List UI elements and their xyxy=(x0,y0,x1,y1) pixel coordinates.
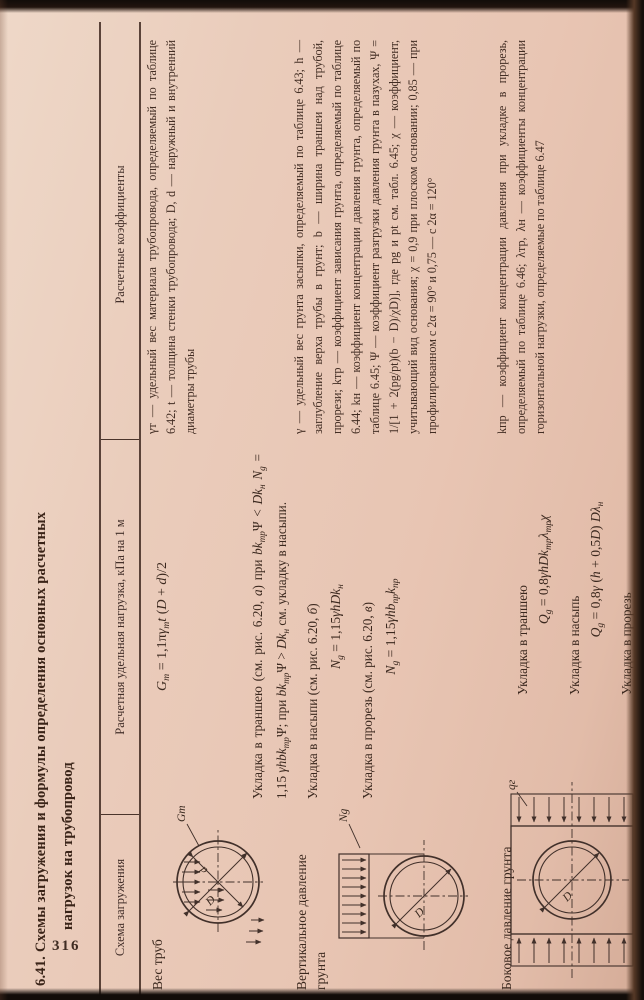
table-title-line2: нагрузок на трубопровод xyxy=(55,481,82,986)
diameter-label: D xyxy=(560,889,576,905)
table-header-row: Схема загружения Расчетная удельная нагр… xyxy=(101,30,139,1000)
inner-diameter-label: d xyxy=(197,864,210,877)
lateral-soil-pressure-diagram: qг D xyxy=(503,758,643,998)
row3-coefficients: kпр — коэффициент концентрации давления … xyxy=(491,30,644,440)
paper: 6.41. Схемы загружения и формулы определ… xyxy=(0,0,644,1000)
rotated-table-area: 6.41. Схемы загружения и формулы определ… xyxy=(0,0,644,1000)
vertical-load-label: Ng xyxy=(338,808,350,823)
header-load: Расчетная удельная нагрузка, кПа на 1 м xyxy=(101,440,139,815)
diameter-label: D xyxy=(412,905,428,921)
row2-trench-block: Укладка в траншею (см. рис. 6.20, а) при… xyxy=(248,454,296,799)
header-scheme: Схема загружения xyxy=(101,815,139,1000)
row3-embankment-title: Укладка в насыпь xyxy=(565,444,584,695)
row3-trench-formula: Qg = 0,8γhDkтрλтрχ xyxy=(534,444,559,695)
row2-coefficients: γ — удельный вес грунта засыпки, определ… xyxy=(246,30,491,440)
row3-trench-title: Укладка в траншею xyxy=(513,444,532,695)
row2-slot-formula: Ng = 1,15γhbпрkпр xyxy=(381,454,406,799)
row3-embankment-formula: Qg = 0,8γ (h + 0,5D) Dλн xyxy=(586,444,611,695)
row2-load-formulas: Укладка в траншею (см. рис. 6.20, а) при… xyxy=(246,440,491,815)
weight-load-label: Gт xyxy=(176,805,188,822)
row1-load-formula: Gт = 1,1πγтt (D + d)/2 xyxy=(141,440,246,815)
table-title-line1: 6.41. Схемы загружения и формулы определ… xyxy=(28,481,55,986)
vertical-soil-pressure-diagram: Ng D xyxy=(333,782,471,1000)
outer-diameter-label: D xyxy=(203,893,219,909)
scanned-book-page: 6.41. Схемы загружения и формулы определ… xyxy=(0,0,644,1000)
row2-embankment-title: Укладка в насыпи (см. рис. 6.20, б) xyxy=(303,454,322,799)
row2-embankment-formula: Ng = 1,15γhDkн xyxy=(326,454,351,799)
header-coefficients: Расчетные коэффициенты xyxy=(101,30,139,440)
lateral-load-label: qг xyxy=(506,779,518,790)
row3-slot-formula: Qg не учитывают xyxy=(638,444,644,695)
pipe-weight-diagram: Gт D d xyxy=(170,790,265,990)
table-title: 6.41. Схемы загружения и формулы определ… xyxy=(28,481,82,986)
page-number: 316 xyxy=(52,938,81,955)
row3-slot-title: Укладка в прорезь xyxy=(617,444,636,695)
row1-coefficients: γт — удельный вес материала трубопровода… xyxy=(141,30,246,440)
row2-slot-title: Укладка в прорезь (см. рис. 6.20, в) xyxy=(358,454,377,799)
